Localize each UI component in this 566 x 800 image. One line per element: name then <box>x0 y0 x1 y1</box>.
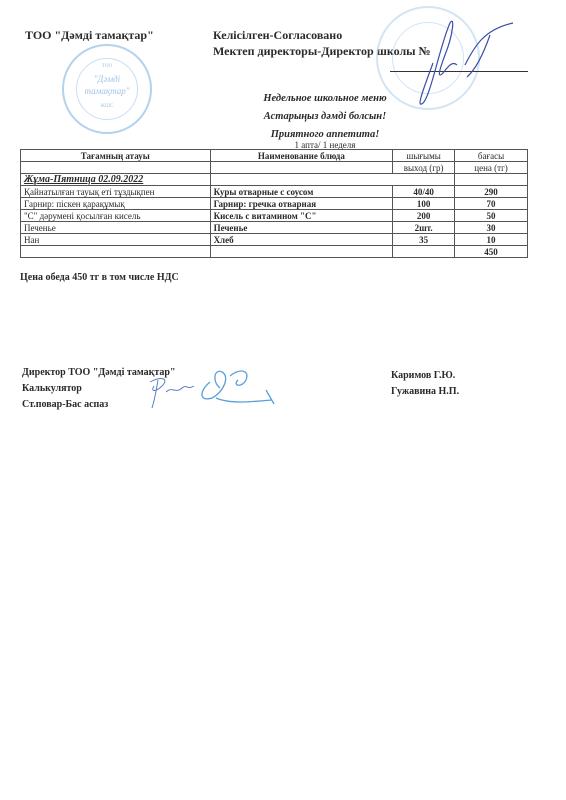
price-note: Цена обеда 450 тг в том числе НДС <box>20 272 179 283</box>
bon-appetit-kz: Астарыңыз дәмді болсын! <box>200 108 450 126</box>
director-company-signature-icon <box>190 362 285 412</box>
dish-output: 100 <box>393 198 455 210</box>
stamp-top-text: ТОО <box>64 64 150 69</box>
dish-price: 70 <box>455 198 528 210</box>
dish-name-kz: "С" дәрумені қосылған кисель <box>21 210 211 222</box>
company-stamp-icon: ТОО "Дәмді тамақтар" ЖШС <box>62 44 152 134</box>
organization-name: ТОО "Дәмді тамақтар" <box>25 28 154 43</box>
dish-price: 290 <box>455 186 528 198</box>
stamp-bottom-text: ЖШС <box>64 104 150 109</box>
stamp-name-line1: "Дәмді <box>64 74 150 84</box>
dish-output: 35 <box>393 234 455 246</box>
dish-name-ru: Гарнир: гречка отварная <box>210 198 393 210</box>
menu-titles: Недельное школьное меню Астарыңыз дәмді … <box>200 90 450 144</box>
dish-name-ru: Печенье <box>210 222 393 234</box>
dish-name-kz: Нан <box>21 234 211 246</box>
approval-label: Келісілген-Согласовано <box>213 28 342 43</box>
dish-output: 2шт. <box>393 222 455 234</box>
day-row: Жұма-Пятница 02.09.2022 <box>21 174 528 186</box>
dish-name-kz: Гарнир: піскен қарақұмық <box>21 198 211 210</box>
table-subheader-row: выход (гр) цена (тг) <box>21 162 528 174</box>
dish-price: 50 <box>455 210 528 222</box>
director-name: Каримов Г.Ю. <box>391 370 455 381</box>
weekly-menu-title: Недельное школьное меню <box>200 90 450 108</box>
header-output-kz: шығымы <box>393 150 455 162</box>
calculator-label: Калькулятор <box>22 383 82 394</box>
dish-price: 10 <box>455 234 528 246</box>
table-row: Гарнир: піскен қарақұмық Гарнир: гречка … <box>21 198 528 210</box>
calculator-name: Гужавина Н.П. <box>391 386 459 397</box>
menu-table: Тағамның атауы Наименование блюда шығымы… <box>20 149 528 258</box>
dish-name-kz: Печенье <box>21 222 211 234</box>
dish-price: 30 <box>455 222 528 234</box>
table-row: Қайнатылған тауық еті тұздықпен Куры отв… <box>21 186 528 198</box>
header-output-ru: выход (гр) <box>393 162 455 174</box>
dish-name-ru: Кисель с витамином "С" <box>210 210 393 222</box>
dish-name-ru: Хлеб <box>210 234 393 246</box>
stamp-name-line2: тамақтар" <box>64 86 150 96</box>
day-label: Жұма-Пятница 02.09.2022 <box>24 174 143 185</box>
table-header-row: Тағамның атауы Наименование блюда шығымы… <box>21 150 528 162</box>
dish-name-ru: Куры отварные с соусом <box>210 186 393 198</box>
table-row: "С" дәрумені қосылған кисель Кисель с ви… <box>21 210 528 222</box>
header-name-ru: Наименование блюда <box>210 150 393 162</box>
header-price-kz: бағасы <box>455 150 528 162</box>
table-row: Печенье Печенье 2шт. 30 <box>21 222 528 234</box>
dish-output: 200 <box>393 210 455 222</box>
dish-output: 40/40 <box>393 186 455 198</box>
cook-label: Ст.повар-Бас аспаз <box>22 399 108 410</box>
total-row: 450 <box>21 246 528 258</box>
header-name-kz: Тағамның атауы <box>21 150 211 162</box>
total-price: 450 <box>455 246 528 258</box>
table-row: Нан Хлеб 35 10 <box>21 234 528 246</box>
header-price-ru: цена (тг) <box>455 162 528 174</box>
dish-name-kz: Қайнатылған тауық еті тұздықпен <box>21 186 211 198</box>
